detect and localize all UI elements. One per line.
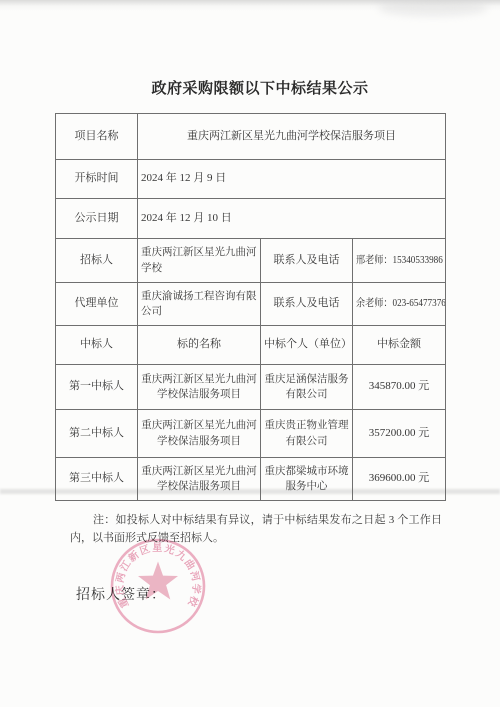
open-time-label: 开标时间	[56, 160, 138, 199]
winner-2-amount: 357200.00 元	[353, 410, 446, 458]
agency-contact: 余老师：023-65477376	[353, 283, 446, 326]
winner-2-subject: 重庆两江新区星光九曲河学校保洁服务项目	[138, 410, 261, 458]
scanned-document-page: 政府采购限额以下中标结果公示 项目名称 重庆两江新区星光九曲河学校保洁服务项目 …	[0, 0, 500, 707]
open-time-value: 2024 年 12 月 9 日	[138, 160, 446, 199]
project-name-label: 项目名称	[56, 114, 138, 160]
document-title: 政府采购限额以下中标结果公示	[20, 77, 500, 98]
winner-3-rank: 第三中标人	[56, 458, 138, 501]
winner-row-3: 第三中标人 重庆两江新区星光九曲河学校保洁服务项目 重庆都梁城市环境服务中心 3…	[56, 458, 446, 501]
scan-artifact-smudge	[378, 0, 488, 16]
winner-3-subject: 重庆两江新区星光九曲河学校保洁服务项目	[138, 458, 261, 501]
publish-date-label: 公示日期	[56, 199, 138, 239]
winner-3-unit: 重庆都梁城市环境服务中心	[261, 458, 353, 501]
tenderee-contact-text: 邢老师：15340533986	[356, 253, 443, 268]
tenderee-name: 重庆两江新区星光九曲河学校	[138, 239, 261, 283]
result-table: 项目名称 重庆两江新区星光九曲河学校保洁服务项目 开标时间 2024 年 12 …	[55, 113, 446, 501]
table-row: 项目名称 重庆两江新区星光九曲河学校保洁服务项目	[56, 114, 446, 160]
tenderee-label: 招标人	[56, 239, 138, 283]
tenderee-contact: 邢老师：15340533986	[353, 239, 446, 283]
winner-row-1: 第一中标人 重庆两江新区星光九曲河学校保洁服务项目 重庆足涵保洁服务有限公司 3…	[56, 365, 446, 410]
agency-label: 代理单位	[56, 283, 138, 326]
winner-header-row: 中标人 标的名称 中标个人（单位） 中标金额	[56, 326, 446, 365]
table-row: 开标时间 2024 年 12 月 9 日	[56, 160, 446, 199]
winner-1-amount: 345870.00 元	[353, 365, 446, 410]
agency-contact-label: 联系人及电话	[261, 283, 353, 326]
agency-name: 重庆渝诚扬工程咨询有限公司	[138, 283, 261, 326]
objection-note: 注：如投标人对中标结果有异议，请于中标结果发布之日起 3 个工作日内，以书面形式…	[70, 511, 442, 547]
project-name-value: 重庆两江新区星光九曲河学校保洁服务项目	[138, 114, 446, 160]
tenderee-contact-label: 联系人及电话	[261, 239, 353, 283]
winner-header-amount: 中标金额	[353, 326, 446, 365]
scan-artifact-top-band	[0, 0, 500, 11]
winner-header-subject: 标的名称	[138, 326, 261, 365]
table-row: 代理单位 重庆渝诚扬工程咨询有限公司 联系人及电话 余老师：023-654773…	[56, 283, 446, 326]
signature-label: 招标人签章：	[76, 584, 166, 604]
winner-2-rank: 第二中标人	[56, 410, 138, 458]
winner-1-unit: 重庆足涵保洁服务有限公司	[261, 365, 353, 410]
publish-date-value: 2024 年 12 月 10 日	[138, 199, 446, 239]
winner-1-rank: 第一中标人	[56, 365, 138, 410]
agency-contact-text: 余老师：023-65477376	[356, 296, 446, 311]
winner-3-amount: 369600.00 元	[353, 458, 446, 501]
table-row: 招标人 重庆两江新区星光九曲河学校 联系人及电话 邢老师：15340533986	[56, 239, 446, 283]
winner-header-rank: 中标人	[56, 326, 138, 365]
winner-row-2: 第二中标人 重庆两江新区星光九曲河学校保洁服务项目 重庆贵正物业管理有限公司 3…	[56, 410, 446, 458]
winner-1-subject: 重庆两江新区星光九曲河学校保洁服务项目	[138, 365, 261, 410]
winner-2-unit: 重庆贵正物业管理有限公司	[261, 410, 353, 458]
winner-header-unit: 中标个人（单位）	[261, 326, 353, 365]
table-row: 公示日期 2024 年 12 月 10 日	[56, 199, 446, 239]
